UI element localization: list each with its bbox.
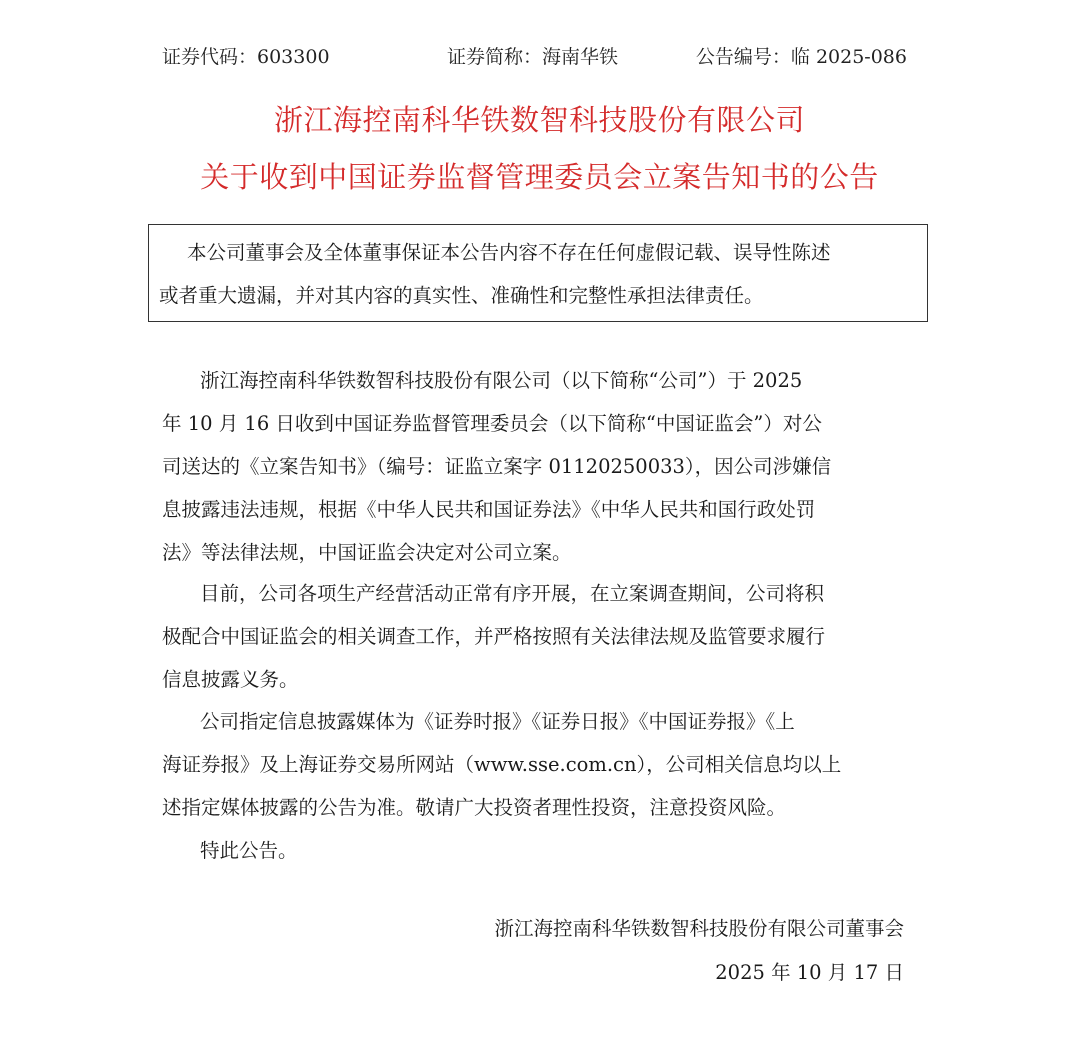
paragraph-line: 息披露违法违规，根据《中华人民共和国证券法》《中华人民共和国行政处罚: [162, 497, 815, 523]
title-announcement-subject: 关于收到中国证券监督管理委员会立案告知书的公告: [0, 157, 1079, 197]
paragraph-line: 公司指定信息披露媒体为《证券时报》《证券日报》《中国证券报》《上: [200, 709, 795, 735]
paragraph-line: 司送达的《立案告知书》（编号：证监立案字 01120250033），因公司涉嫌信: [162, 454, 831, 480]
paragraph-line: 特此公告。: [200, 838, 298, 864]
paragraph-line: 年 10 月 16 日收到中国证券监督管理委员会（以下简称“中国证监会”）对公: [162, 411, 822, 437]
title-company-name: 浙江海控南科华铁数智科技股份有限公司: [0, 100, 1079, 140]
signature-organization: 浙江海控南科华铁数智科技股份有限公司董事会: [494, 916, 904, 942]
security-code: 证券代码：603300: [162, 44, 330, 70]
paragraph-line: 述指定媒体披露的公告为准。敬请广大投资者理性投资，注意投资风险。: [162, 795, 786, 821]
announcement-number: 公告编号：临 2025-086: [696, 44, 907, 70]
document-header: 证券代码：603300 证券简称：海南华铁 公告编号：临 2025-086: [162, 44, 907, 70]
notice-line: 本公司董事会及全体董事保证本公告内容不存在任何虚假记载、误导性陈述: [187, 240, 831, 266]
paragraph-line: 法》等法律法规，中国证监会决定对公司立案。: [162, 540, 572, 566]
paragraph-line: 浙江海控南科华铁数智科技股份有限公司（以下简称“公司”）于 2025: [200, 368, 802, 394]
paragraph-line: 海证券报》及上海证券交易所网站（www.sse.com.cn），公司相关信息均以…: [162, 752, 841, 778]
paragraph-line: 信息披露义务。: [162, 667, 299, 693]
security-short-name: 证券简称：海南华铁: [447, 44, 618, 70]
paragraph-line: 极配合中国证监会的相关调查工作，并严格按照有关法律法规及监管要求履行: [162, 624, 825, 650]
board-guarantee-notice-box: 本公司董事会及全体董事保证本公告内容不存在任何虚假记载、误导性陈述 或者重大遗漏…: [148, 224, 928, 322]
paragraph-line: 目前，公司各项生产经营活动正常有序开展，在立案调查期间，公司将积: [200, 581, 824, 607]
signature-date: 2025 年 10 月 17 日: [715, 960, 904, 986]
notice-line: 或者重大遗漏，并对其内容的真实性、准确性和完整性承担法律责任。: [159, 283, 764, 309]
